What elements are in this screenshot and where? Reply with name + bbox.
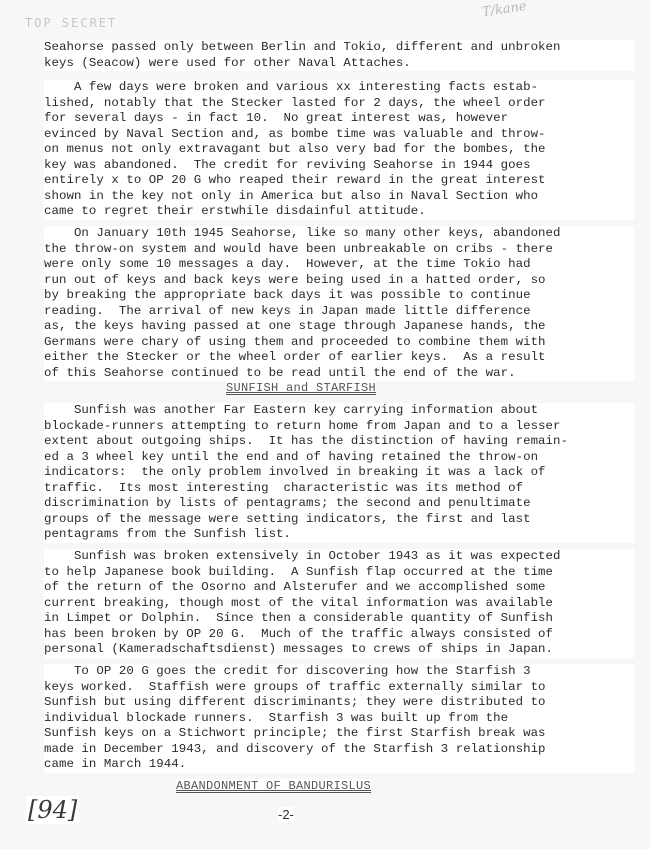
paragraph-sunfish-intro: Sunfish was another Far Eastern key carr… xyxy=(44,403,634,543)
text-line: key was abandoned. The credit for revivi… xyxy=(44,158,634,174)
folio-number: [94] xyxy=(26,796,79,824)
text-line: discrimination by lists of pentagrams; t… xyxy=(44,496,634,512)
text-line: by breaking the appropriate back days it… xyxy=(44,288,634,304)
text-line: as, the keys having passed at one stage … xyxy=(44,319,634,335)
text-line: A few days were broken and various xx in… xyxy=(44,80,634,96)
text-line: Sunfish was another Far Eastern key carr… xyxy=(44,403,634,419)
text-line: has been broken by OP 20 G. Much of the … xyxy=(44,627,634,643)
paragraph-seahorse-intro: Seahorse passed only between Berlin and … xyxy=(44,40,634,71)
text-line: current breaking, though most of the vit… xyxy=(44,596,634,612)
text-line: on menus not only extravagant but also v… xyxy=(44,142,634,158)
text-line: shown in the key not only in America but… xyxy=(44,189,634,205)
text-line: came in March 1944. xyxy=(44,757,634,773)
text-line: indicators: the only problem involved in… xyxy=(44,465,634,481)
paragraph-starfish: To OP 20 G goes the credit for discoveri… xyxy=(44,664,634,773)
text-line: keys worked. Staffish were groups of tra… xyxy=(44,680,634,696)
text-line: evinced by Naval Section and, as bombe t… xyxy=(44,127,634,143)
text-line: entirely x to OP 20 G who reaped their r… xyxy=(44,173,634,189)
text-line: ed a 3 wheel key until the end and of ha… xyxy=(44,450,634,466)
text-line: extent about outgoing ships. It has the … xyxy=(44,434,634,450)
text-line: the throw-on system and would have been … xyxy=(44,242,634,258)
text-line: Seahorse passed only between Berlin and … xyxy=(44,40,634,56)
handwritten-note: T/kane xyxy=(481,0,527,20)
text-line: for several days - in fact 10. No great … xyxy=(44,111,634,127)
text-line: groups of the message were setting indic… xyxy=(44,512,634,528)
text-line: reading. The arrival of new keys in Japa… xyxy=(44,304,634,320)
text-line: came to regret their erstwhile disdainfu… xyxy=(44,204,634,220)
classification-stamp: TOP SECRET xyxy=(25,16,117,30)
text-line: keys (Seacow) were used for other Naval … xyxy=(44,56,634,72)
text-line: personal (Kameradschaftsdienst) messages… xyxy=(44,642,634,658)
text-line: pentagrams from the Sunfish list. xyxy=(44,527,634,543)
text-line: Germans were chary of using them and pro… xyxy=(44,335,634,351)
text-line: Sunfish but using different discriminant… xyxy=(44,695,634,711)
paragraph-sunfish-1943: Sunfish was broken extensively in Octobe… xyxy=(44,549,634,658)
paragraph-seahorse-1945: On January 10th 1945 Seahorse, like so m… xyxy=(44,226,634,381)
text-line: blockade-runners attempting to return ho… xyxy=(44,419,634,435)
text-line: traffic. Its most interesting characteri… xyxy=(44,481,634,497)
text-line: of this Seahorse continued to be read un… xyxy=(44,366,634,382)
heading-sunfish-starfish: SUNFISH and STARFISH xyxy=(226,381,376,395)
text-line: made in December 1943, and discovery of … xyxy=(44,742,634,758)
paragraph-seahorse-broken: A few days were broken and various xx in… xyxy=(44,80,634,220)
text-line: of the return of the Osorno and Alsteruf… xyxy=(44,580,634,596)
heading-bandurisus: ABANDONMENT OF BANDURISLUS xyxy=(176,779,371,793)
text-line: To OP 20 G goes the credit for discoveri… xyxy=(44,664,634,680)
text-line: Sunfish keys on a Stichwort principle; t… xyxy=(44,726,634,742)
text-line: lished, notably that the Stecker lasted … xyxy=(44,96,634,112)
text-line: in Limpet or Dolphin. Since then a consi… xyxy=(44,611,634,627)
document-page: TOP SECRET T/kane Seahorse passed only b… xyxy=(0,0,650,849)
text-line: individual blockade runners. Starfish 3 … xyxy=(44,711,634,727)
page-number: -2- xyxy=(278,807,294,822)
text-line: On January 10th 1945 Seahorse, like so m… xyxy=(44,226,634,242)
text-line: Sunfish was broken extensively in Octobe… xyxy=(44,549,634,565)
text-line: to help Japanese book building. A Sunfis… xyxy=(44,565,634,581)
text-line: run out of keys and back keys were being… xyxy=(44,273,634,289)
text-line: either the Stecker or the wheel order of… xyxy=(44,350,634,366)
text-line: were only some 10 messages a day. Howeve… xyxy=(44,257,634,273)
